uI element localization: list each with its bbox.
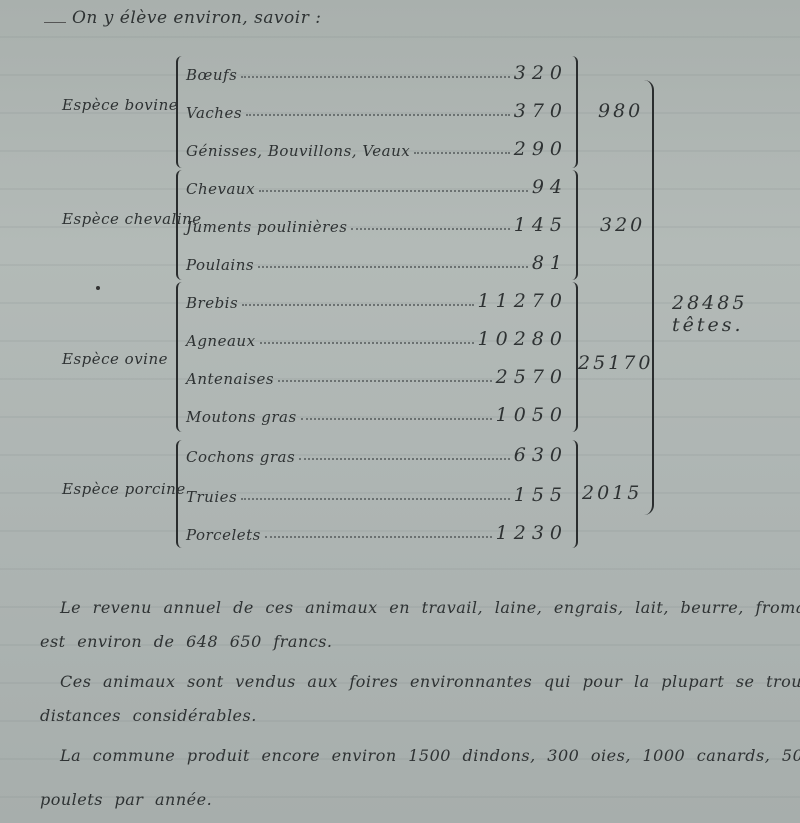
leader-dots [258, 266, 528, 268]
item-value: 145 [514, 214, 568, 236]
item-name: Truies [186, 488, 237, 506]
subtotal-chevaline: 320 [600, 214, 645, 236]
ink-dot [96, 286, 100, 290]
item-value: 81 [532, 252, 568, 274]
item-row: Juments poulinières145 [186, 210, 568, 236]
bracket-porcine-left [176, 440, 186, 548]
leader-dots [242, 304, 473, 306]
paragraph-line: distances considérables. [40, 706, 257, 725]
bracket-grand-total [640, 80, 654, 515]
item-value: 94 [532, 176, 568, 198]
paragraph-line: La commune produit encore environ 1500 d… [60, 746, 800, 765]
leader-dots [301, 418, 492, 420]
item-row: Chevaux94 [186, 172, 568, 198]
item-row: Génisses, Bouvillons, Veaux290 [186, 134, 568, 160]
item-row: Cochons gras630 [186, 440, 568, 466]
item-row: Bœufs320 [186, 58, 568, 84]
item-name: Moutons gras [186, 408, 297, 426]
item-name: Chevaux [186, 180, 255, 198]
item-row: Porcelets1230 [186, 518, 568, 544]
leader-dots [299, 458, 510, 460]
item-name: Cochons gras [186, 448, 295, 466]
intro-text: On y élève environ, savoir : [72, 8, 322, 28]
leader-dots [265, 536, 492, 538]
item-value: 1230 [496, 522, 568, 544]
paragraph-line: Le revenu annuel de ces animaux en trava… [60, 598, 800, 617]
bracket-bovine-right [568, 56, 578, 168]
leader-dots [414, 152, 510, 154]
item-name: Bœufs [186, 66, 237, 84]
item-value: 10280 [478, 328, 568, 350]
item-value: 370 [514, 100, 568, 122]
bracket-chevaline-right [568, 170, 578, 280]
item-name: Agneaux [186, 332, 256, 350]
bracket-bovine-left [176, 56, 186, 168]
leader-dots [259, 190, 528, 192]
leader-dots [246, 114, 510, 116]
leader-dots [260, 342, 474, 344]
item-row: Truies155 [186, 480, 568, 506]
item-name: Porcelets [186, 526, 261, 544]
paragraph-line: poulets par année. [40, 790, 212, 809]
item-value: 290 [514, 138, 568, 160]
item-value: 155 [514, 484, 568, 506]
item-value: 630 [514, 444, 568, 466]
item-row: Poulains81 [186, 248, 568, 274]
item-value: 11270 [478, 290, 568, 312]
item-name: Juments poulinières [186, 218, 347, 236]
item-name: Brebis [186, 294, 238, 312]
bracket-chevaline-left [176, 170, 186, 280]
item-name: Antenaises [186, 370, 274, 388]
item-value: 2570 [496, 366, 568, 388]
leader-dots [351, 228, 509, 230]
subtotal-bovine: 980 [598, 100, 643, 122]
item-name: Poulains [186, 256, 254, 274]
item-row: Agneaux10280 [186, 324, 568, 350]
item-row: Vaches370 [186, 96, 568, 122]
item-row: Brebis11270 [186, 286, 568, 312]
group-label-ovine: Espèce ovine [62, 350, 168, 368]
item-row: Antenaises2570 [186, 362, 568, 388]
bracket-ovine-right [568, 282, 578, 432]
item-name: Vaches [186, 104, 242, 122]
paragraph-line: est environ de 648 650 francs. [40, 632, 333, 651]
paragraph-line: Ces animaux sont vendus aux foires envir… [60, 672, 800, 691]
group-label-bovine: Espèce bovine [62, 96, 178, 114]
intro-dash [44, 22, 66, 23]
leader-dots [278, 380, 492, 382]
group-label-porcine: Espèce porcine [62, 480, 186, 498]
grand-total: 28485 têtes. [672, 292, 800, 336]
leader-dots [241, 76, 509, 78]
item-value: 320 [514, 62, 568, 84]
leader-dots [241, 498, 510, 500]
subtotal-porcine: 2015 [582, 482, 642, 504]
bracket-ovine-left [176, 282, 186, 432]
item-name: Génisses, Bouvillons, Veaux [186, 142, 410, 160]
item-value: 1050 [496, 404, 568, 426]
item-row: Moutons gras1050 [186, 400, 568, 426]
bracket-porcine-right [568, 440, 578, 548]
